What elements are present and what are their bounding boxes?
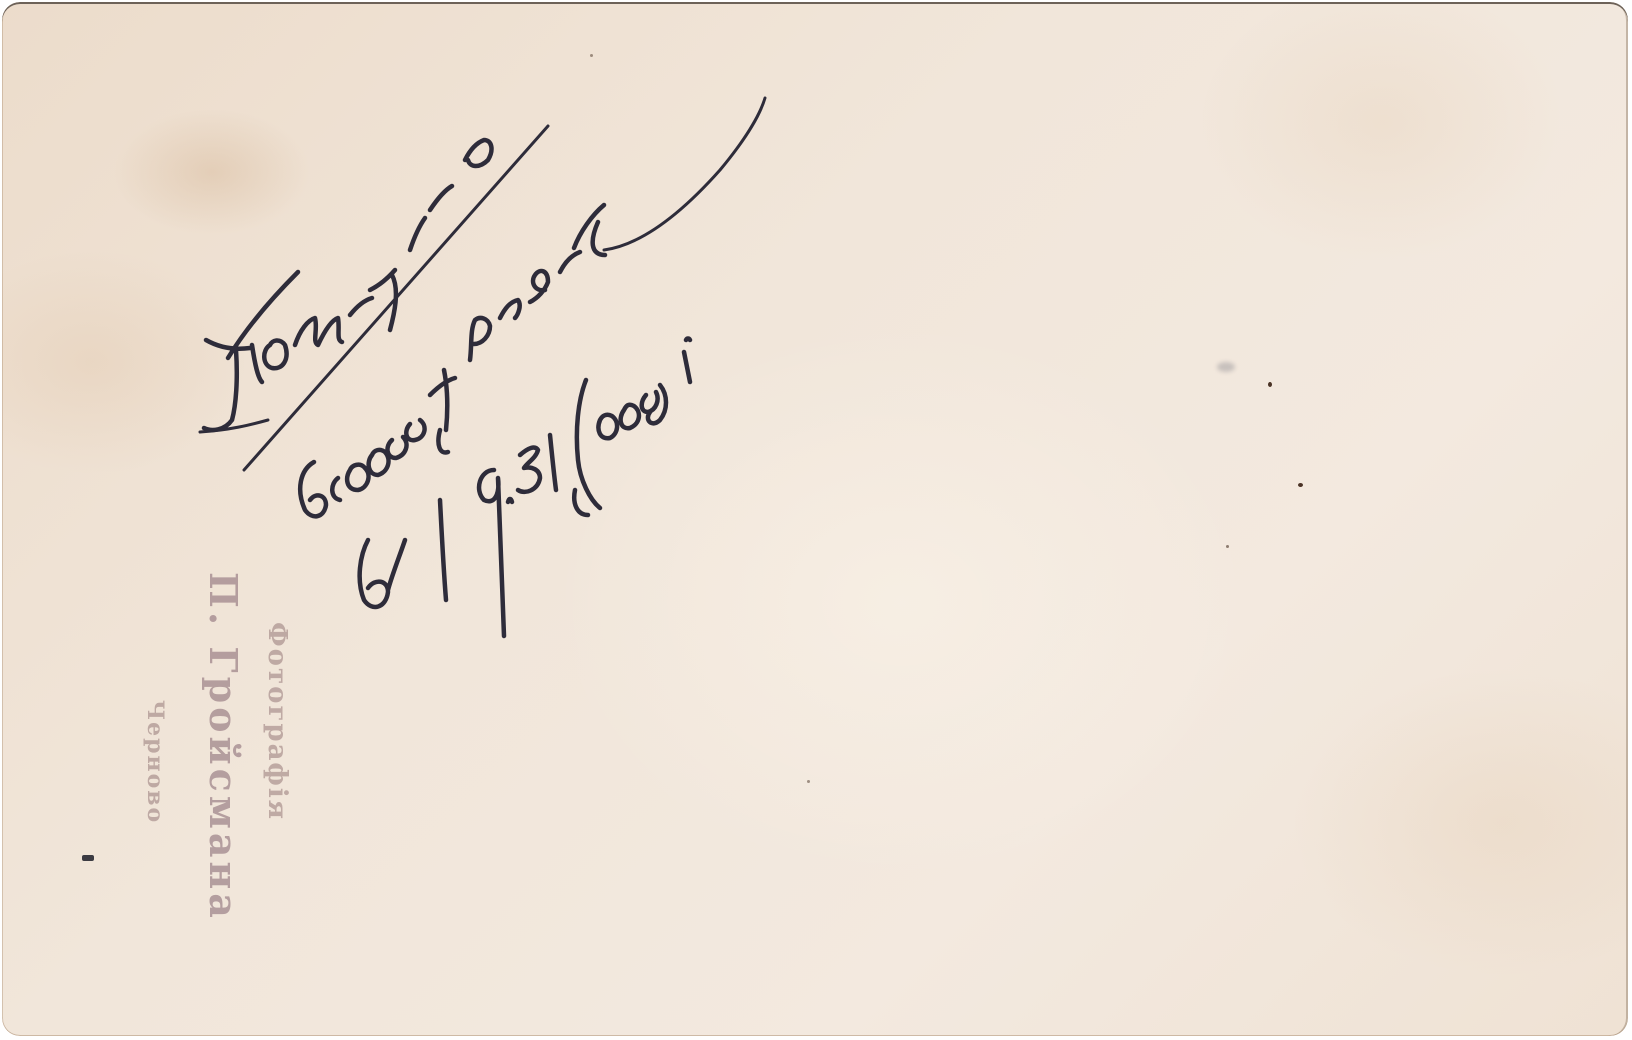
stamp-photographer-name: П. Гройсмана (201, 572, 246, 922)
stamp-studio-label: Фотографія (262, 622, 292, 821)
ink-mark (82, 855, 94, 861)
flourish-stroke (604, 98, 765, 250)
stamp-city: Черново (142, 700, 168, 824)
